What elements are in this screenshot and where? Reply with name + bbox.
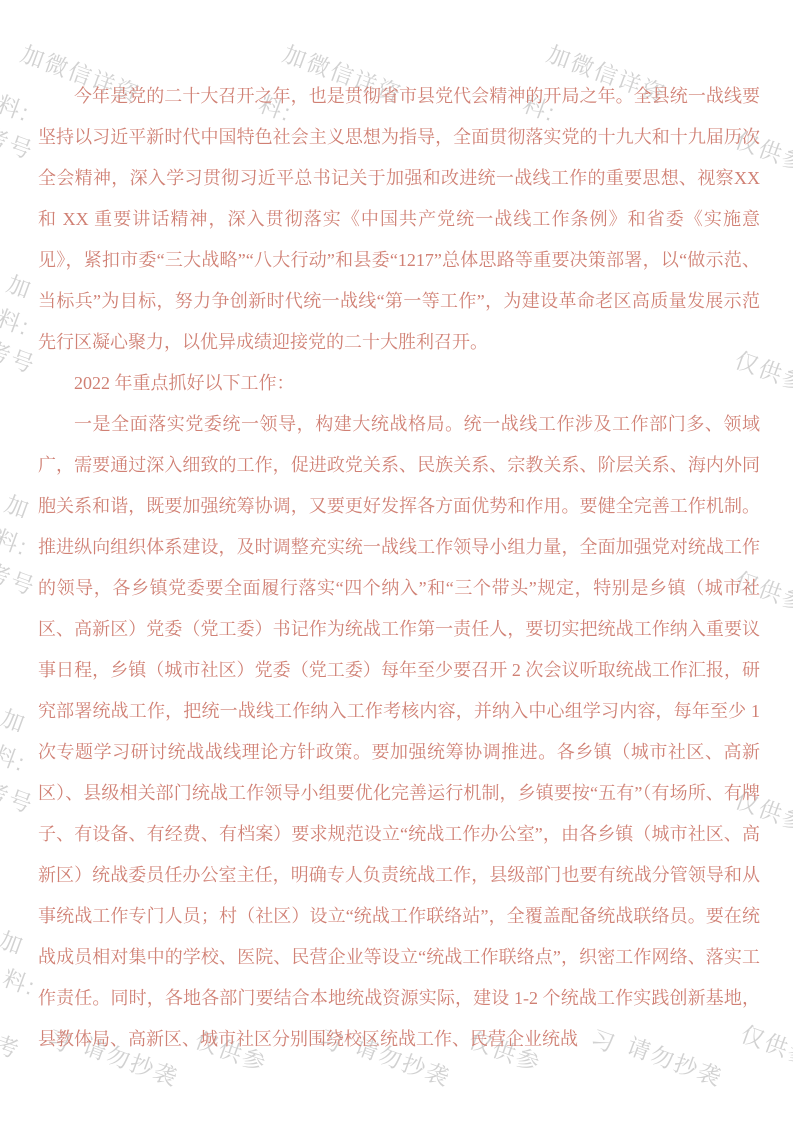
watermark-text: 料: [0, 520, 33, 562]
watermark-text: 加 [0, 700, 31, 740]
watermark-text: 考号 [0, 118, 39, 166]
paragraph-year-heading: 2022 年重点抓好以下工作： [38, 363, 760, 404]
watermark-text: 加 [1, 486, 36, 526]
paragraph-task-one: 一是全面落实党委统一领导，构建大统战格局。统一战线工作涉及工作部门多、领域广，需… [38, 404, 760, 1060]
watermark-text: 考号 [0, 332, 41, 380]
watermark-text: 料: [0, 300, 35, 342]
watermark-text: 料: [0, 960, 41, 1002]
watermark-text: 考号 [0, 554, 41, 602]
watermark-text: 加 [0, 922, 29, 962]
document-page: 加微信详资加微信详资加微信详资料:料:料:考号仅供参加料:考号仅供参加料:考号仅… [0, 0, 793, 1122]
watermark-text: 加 [3, 266, 38, 306]
document-body[interactable]: 今年是党的二十大召开之年，也是贯彻省市县党代会精神的开局之年。全县统一战线要坚持… [38, 76, 760, 1060]
watermark-text: 料: [0, 86, 35, 128]
watermark-text: 考 [0, 1026, 25, 1066]
watermark-text: 料: [0, 736, 31, 778]
paragraph-opening: 今年是党的二十大召开之年，也是贯彻省市县党代会精神的开局之年。全县统一战线要坚持… [38, 76, 760, 363]
watermark-text: 考号 [0, 772, 39, 820]
